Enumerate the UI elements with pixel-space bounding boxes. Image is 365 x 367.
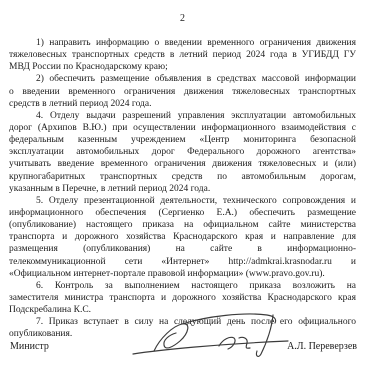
paragraph-line: 2) обеспечить размещение объявления в ср…	[9, 73, 356, 85]
paragraph-line: о введении временного ограничения движен…	[9, 86, 356, 98]
paragraph: 2) обеспечить размещение объявления в ср…	[9, 73, 356, 109]
paragraph-line: 6. Контроль за выполнением настоящего пр…	[9, 280, 356, 292]
paragraph: 1) направить информацию о введении време…	[9, 37, 356, 73]
paragraph-line: крупногабаритных транспортных средств по…	[9, 171, 356, 183]
signer-name: А.Л. Переверзев	[287, 341, 357, 352]
paragraph-line: федеральным казенным учреждением «Центр …	[9, 134, 356, 146]
paragraph-line: 5. Отделу презентационной деятельности, …	[9, 195, 356, 207]
paragraph-line: МВД России по Краснодарскому краю;	[9, 61, 356, 73]
paragraph-line: «Официальном интернет-портале правовой и…	[9, 268, 356, 280]
signature-autograph	[123, 310, 308, 364]
paragraph-line: тяжеловесных транспортных средств в летн…	[9, 49, 356, 61]
paragraph-line: дорог (Архипов В.Ю.) при осуществлении и…	[9, 122, 356, 134]
page-number: 2	[0, 13, 365, 24]
paragraph: 5. Отделу презентационной деятельности, …	[9, 195, 356, 280]
paragraph: 4. Отделу выдачи разрешений управления э…	[9, 110, 356, 195]
paragraph-line: телекоммуникационной сети «Интернет» htt…	[9, 256, 356, 268]
paragraph-line: средств в летний период 2024 года.	[9, 98, 356, 110]
document-body: 1) направить информацию о введении време…	[9, 37, 356, 341]
paragraph-line: информационного обеспечения (Сергиенко Е…	[9, 207, 356, 219]
paragraph-line: 1) направить информацию о введении време…	[9, 37, 356, 49]
paragraph-line: транспорта и дорожного хозяйства Краснод…	[9, 231, 356, 243]
paragraph-line: эксплуатации автомобильных дорог Федерал…	[9, 146, 356, 158]
paragraph-line: 4. Отделу выдачи разрешений управления э…	[9, 110, 356, 122]
paragraph-line: (опубликование) настоящего приказа на оф…	[9, 219, 356, 231]
paragraph-line: указанным в Перечне, в летний период 202…	[9, 183, 356, 195]
document-page: 2 1) направить информацию о введении вре…	[0, 0, 365, 367]
paragraph-line: заместителя министра транспорта и дорожн…	[9, 292, 356, 304]
paragraph-line: учитывать введение временного ограничени…	[9, 158, 356, 170]
signer-title: Министр	[10, 341, 49, 352]
paragraph-line: размещения (опубликования) на сайте в ин…	[9, 243, 356, 255]
